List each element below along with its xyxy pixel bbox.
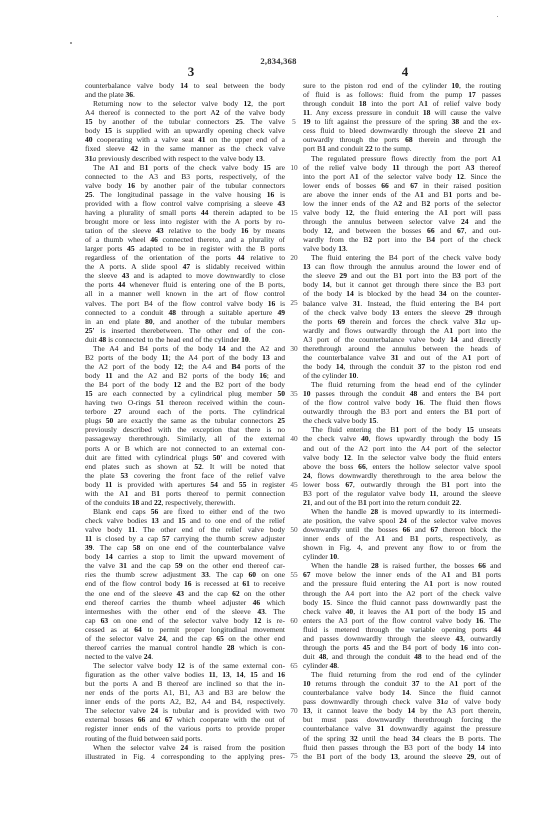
text-line: downwardly until the bosses 66 and 67 th… — [303, 525, 501, 534]
text-line: the check valve 40, flows upwardly throu… — [303, 434, 501, 443]
line-number: 40 — [287, 434, 301, 443]
text-line: The A4 and B4 ports of the body 14 and t… — [85, 344, 285, 353]
text-line: the ports 44 whenever fluid is entering … — [85, 280, 285, 289]
text-line: 13, it cannot leave the body 14 by the A… — [303, 706, 501, 715]
text-line: having two O-rings 51 thereon received w… — [85, 398, 285, 407]
text-line: valves. The port B4 of the flow control … — [85, 299, 285, 308]
text-line: 10 passes through the conduit 48 and ent… — [303, 389, 501, 398]
text-line: pass downwardly through check valve 31a … — [303, 697, 501, 706]
text-line: cap 63 on one end of the selector valve … — [85, 616, 285, 625]
text-line: 19 to lift against the pressure of the s… — [303, 117, 501, 126]
text-line: wardly and flows outwardly through the A… — [303, 326, 501, 335]
text-line: end of the flow control body 16 is reces… — [85, 579, 285, 588]
text-line: the B4 port of the body 12 and the B2 po… — [85, 380, 285, 389]
text-line: the A2 port of the body 12; the A4 and B… — [85, 362, 285, 371]
text-line: with the A1 and B1 ports thereof to perm… — [85, 489, 285, 498]
text-line: body 11 is provided with apertures 54 an… — [85, 480, 285, 489]
text-line: routing of the fluid between said ports. — [85, 734, 285, 743]
line-number: 5 — [287, 117, 301, 126]
text-line: body 15 is supplied with an upwardly ope… — [85, 126, 285, 135]
line-number: 75 — [287, 751, 301, 760]
text-line: but must pass downwardly therethrough fo… — [303, 715, 501, 724]
text-line: A3 port of the counterbalance valve body… — [303, 335, 501, 344]
text-line: valve body 12. In the selector valve bod… — [303, 453, 501, 462]
line-number: 50 — [287, 525, 301, 534]
text-line: illustrated in Fig. 4 corresponding to t… — [85, 752, 285, 761]
text-line: body 11 and the A2 and B2 ports of the b… — [85, 371, 285, 380]
text-line: the check valve body 15. — [303, 416, 501, 425]
left-column-number: 3 — [181, 64, 201, 80]
text-line: sure to the piston rod end of the cylind… — [303, 81, 501, 90]
text-line: valve body 12, the fluid entering the A1… — [303, 208, 501, 217]
text-line: The fluid returning from the head end of… — [303, 380, 501, 389]
text-line: low the inner ends of the A2 and B2 port… — [303, 199, 501, 208]
text-line: register inner ends of the various ports… — [85, 724, 285, 733]
text-line: passageway therethrough. Similarly, all … — [85, 434, 285, 443]
text-line: check valve bodies 13 and 15 and to one … — [85, 516, 285, 525]
text-line: plugs 50 are exactly the same as the tub… — [85, 416, 285, 425]
text-line: and the plate 36. — [85, 90, 285, 99]
text-line: shown in Fig. 4, and prevent any flow to… — [303, 543, 501, 552]
text-line: therethrough around the annulus between … — [303, 344, 501, 353]
line-number: 55 — [287, 570, 301, 579]
text-line: counterbalance valve 31 downwardly again… — [303, 724, 501, 733]
right-column-number: 4 — [395, 64, 415, 80]
text-line: regardless of the orientation of the por… — [85, 253, 285, 262]
left-text-column: counterbalance valve body 14 to seal bet… — [85, 81, 285, 761]
text-line: The fluid returning from the rod end of … — [303, 670, 501, 679]
text-line: the body 14, through the conduit 37 to t… — [303, 362, 501, 371]
text-line: terbore 27 around each of the ports. The… — [85, 407, 285, 416]
text-line: fixed sleeve 42 in the same manner as th… — [85, 144, 285, 153]
text-line: the B1 port of the body 13, around the s… — [303, 752, 501, 761]
line-number: 70 — [287, 706, 301, 715]
text-line: thereof carries the manual control handl… — [85, 643, 285, 652]
text-line: The fluid entering the B1 port of the bo… — [303, 425, 501, 434]
line-number: 30 — [287, 344, 301, 353]
text-line: cylinder 10. — [303, 552, 501, 561]
text-line: Blank end caps 56 are fixed to either en… — [85, 507, 285, 516]
text-line: 13 can flow through the annulus around t… — [303, 262, 501, 271]
right-text-column: sure to the piston rod end of the cylind… — [303, 81, 501, 761]
text-line: 15 by another of the tubular connectors … — [85, 117, 285, 126]
text-line: the A ports. A slide spool 47 is slidabl… — [85, 262, 285, 271]
text-line: larger ports 45 adapted to be in registe… — [85, 244, 285, 253]
text-line: 11 is closed by a cap 57 carrying the th… — [85, 534, 285, 543]
text-line: 10 returns through the conduit 37 to the… — [303, 679, 501, 688]
text-line: connected to the A3 and B3 ports, respec… — [85, 172, 285, 181]
text-line: end plates such as shown at 52. It will … — [85, 462, 285, 471]
text-line: When the selector valve 24 is raised fro… — [85, 743, 285, 752]
text-line: duit 48 is connected to the head end of … — [85, 335, 285, 344]
text-line: the plate 53 covering the front face of … — [85, 471, 285, 480]
text-line: through the ports 45 and the B4 port of … — [303, 643, 501, 652]
text-line: valve body 13. — [303, 244, 501, 253]
text-line: The selector valve 24 is tubular and is … — [85, 706, 285, 715]
text-line: 24, flows downwardly therethrough to the… — [303, 471, 501, 480]
text-line: the one end of the sleeve 43 and the cap… — [85, 589, 285, 598]
text-line: valve body 16 by another pair of the tub… — [85, 181, 285, 190]
text-line: counterbalance valve body 14. Since the … — [303, 688, 501, 697]
text-line: valve body 11. The other end of the reli… — [85, 525, 285, 534]
text-line: When the handle 28 is moved upwardly to … — [303, 507, 501, 516]
text-line: wardly from the B2 port into the B4 port… — [303, 235, 501, 244]
text-line: nected to the valve 24. — [85, 652, 285, 661]
text-line: cessed as at 64 to permit proper longitu… — [85, 625, 285, 634]
text-line: connected to a conduit 48 through a suit… — [85, 308, 285, 317]
line-number: 65 — [287, 661, 301, 670]
text-line: 21, and out of the B1 port into the retu… — [303, 498, 501, 507]
text-line: fluid then passes through the B3 port of… — [303, 743, 501, 752]
text-line: Returning now to the selector valve body… — [85, 99, 285, 108]
text-line: B3 port of the regulator valve body 11, … — [303, 489, 501, 498]
text-line: but the ports A and B thereof are inclin… — [85, 679, 285, 688]
text-line: in an end plate 80, and another of the t… — [85, 317, 285, 326]
text-line: of a thumb wheel 46 connected thereto, a… — [85, 235, 285, 244]
line-number: 60 — [287, 616, 301, 625]
text-line: ate position, the valve spool 24 of the … — [303, 516, 501, 525]
text-line: ports A or B which are not connected to … — [85, 444, 285, 453]
scan-speck — [70, 42, 72, 44]
text-line: end thereof carries the thumb wheel adju… — [85, 598, 285, 607]
text-line: enters the A3 port of the flow control v… — [303, 616, 501, 625]
text-line: and the pressure fluid entering the A1 p… — [303, 579, 501, 588]
text-line: The fluid entering the B4 port of the ch… — [303, 253, 501, 262]
text-line: external bosses 66 and 67 which cooperat… — [85, 715, 285, 724]
text-line: check valve 40, it leaves the A1 port of… — [303, 607, 501, 616]
text-line: body 14, but it cannot get through there… — [303, 280, 501, 289]
text-line: and out of the A2 port into the A4 port … — [303, 444, 501, 453]
text-line: The regulated pressure flows directly fr… — [303, 154, 501, 163]
line-number: 10 — [287, 163, 301, 172]
text-line: body 15. Since the fluid cannot pass dow… — [303, 598, 501, 607]
text-line: port B1 and conduit 22 to the sump. — [303, 144, 501, 153]
text-line: of the check valve body 13 enters the sl… — [303, 308, 501, 317]
text-line: inner ends of the A1 and B1 ports, respe… — [303, 534, 501, 543]
text-line: of the spring 32 until the head 34 clear… — [303, 734, 501, 743]
text-line: the sleeve 43 and is adapted to move dow… — [85, 271, 285, 280]
text-line: A4 thereof is connected to the port A2 o… — [85, 108, 285, 117]
text-line: of the flow control valve body 16. The f… — [303, 398, 501, 407]
text-line: 67 move below the inner ends of the A1 a… — [303, 570, 501, 579]
text-line: The selector valve body 12 is of the sam… — [85, 661, 285, 670]
text-line: outwardly through the ports 68 therein a… — [303, 135, 501, 144]
text-line: all in a manner well known in the art of… — [85, 289, 285, 298]
text-line: of the conduits 18 and 22, respectively,… — [85, 498, 285, 507]
text-line: of the cylinder 10. — [303, 371, 501, 380]
text-line: body 12, and between the bosses 66 and 6… — [303, 226, 501, 235]
text-line: duit 48, and through the conduit 48 to t… — [303, 652, 501, 661]
text-line: previously described with the exception … — [85, 425, 285, 434]
text-line: balance valve 31. Instead, the fluid ent… — [303, 299, 501, 308]
text-line: having a plurality of small ports 44 the… — [85, 208, 285, 217]
text-line: through conduit 18 into the port A1 of r… — [303, 99, 501, 108]
line-number: 45 — [287, 480, 301, 489]
text-line: figuration as the other valve bodies 11,… — [85, 670, 285, 679]
line-number: 35 — [287, 389, 301, 398]
text-line: of the selector valve 24, and the cap 65… — [85, 634, 285, 643]
text-line: 25' is inserted therebetween. The other … — [85, 326, 285, 335]
text-line: the counterbalance valve 31 and out of t… — [303, 353, 501, 362]
text-line: fluid is metered through the variable op… — [303, 625, 501, 634]
line-number: 25 — [287, 298, 301, 307]
text-line: the ports 69 therein and forces the chec… — [303, 317, 501, 326]
text-line: of the body 14 is blocked by the head 34… — [303, 289, 501, 298]
text-line: 11. Any excess pressure in conduit 18 wi… — [303, 108, 501, 117]
text-line: ries the thumb screw adjustment 33. The … — [85, 570, 285, 579]
scan-speck — [497, 16, 498, 17]
text-line: counterbalance valve body 14 to seal bet… — [85, 81, 285, 90]
text-line: The A1 and B1 ports of the check valve b… — [85, 163, 285, 172]
text-line: the valve 31 and the cap 59 on the other… — [85, 561, 285, 570]
text-line: When the handle 28 is raised further, th… — [303, 561, 501, 570]
text-line: 15 are each connected by a cylindrical p… — [85, 389, 285, 398]
text-line: through the A4 port into the A2 port of … — [303, 589, 501, 598]
text-line: outwardly through the B3 port and enters… — [303, 407, 501, 416]
line-number: 15 — [287, 208, 301, 217]
line-number: 20 — [287, 253, 301, 262]
text-line: and passes downwardly through the sleeve… — [303, 634, 501, 643]
patent-number: 2,834,368 — [0, 56, 557, 66]
text-line: body 14 carries a stop to limit the upwa… — [85, 552, 285, 561]
text-line: B2 ports of the body 11; the A4 port of … — [85, 353, 285, 362]
text-line: the sleeve 29 and out the B1 port into t… — [303, 271, 501, 280]
text-line: through the annulus between selector val… — [303, 217, 501, 226]
text-line: above the boss 66, enters the hollow sel… — [303, 462, 501, 471]
text-line: inner ends of the ports A2, B2, A4 and B… — [85, 697, 285, 706]
text-line: into the port A1 of the selector valve b… — [303, 172, 501, 181]
text-line: 39. The cap 58 on one end of the counter… — [85, 543, 285, 552]
text-line: cess fluid to bleed downwardly through t… — [303, 126, 501, 135]
text-line: of the relief valve body 11 through the … — [303, 163, 501, 172]
text-line: ner ends of the ports A1, B1, A3 and B3 … — [85, 688, 285, 697]
text-line: 31a previously described with respect to… — [85, 154, 285, 163]
text-line: lower ends of bosses 66 and 67 in their … — [303, 181, 501, 190]
text-line: of fluid is as follows: fluid from the p… — [303, 90, 501, 99]
text-line: are above the inner ends of the A1 and B… — [303, 190, 501, 199]
text-line: tation of the sleeve 43 relative to the … — [85, 226, 285, 235]
text-line: lower boss 67, outwardly through the B1 … — [303, 480, 501, 489]
text-line: provided with a flow control valve compr… — [85, 199, 285, 208]
text-line: 40 cooperating with a valve seat 41 on t… — [85, 135, 285, 144]
text-line: 25. The longitudinal passage in the valv… — [85, 190, 285, 199]
text-line: brought more or less into register with … — [85, 217, 285, 226]
text-line: cylinder 48. — [303, 661, 501, 670]
text-line: intermeshes with the other end of the sl… — [85, 607, 285, 616]
text-line: duit are fitted with cylindrical plugs 5… — [85, 453, 285, 462]
